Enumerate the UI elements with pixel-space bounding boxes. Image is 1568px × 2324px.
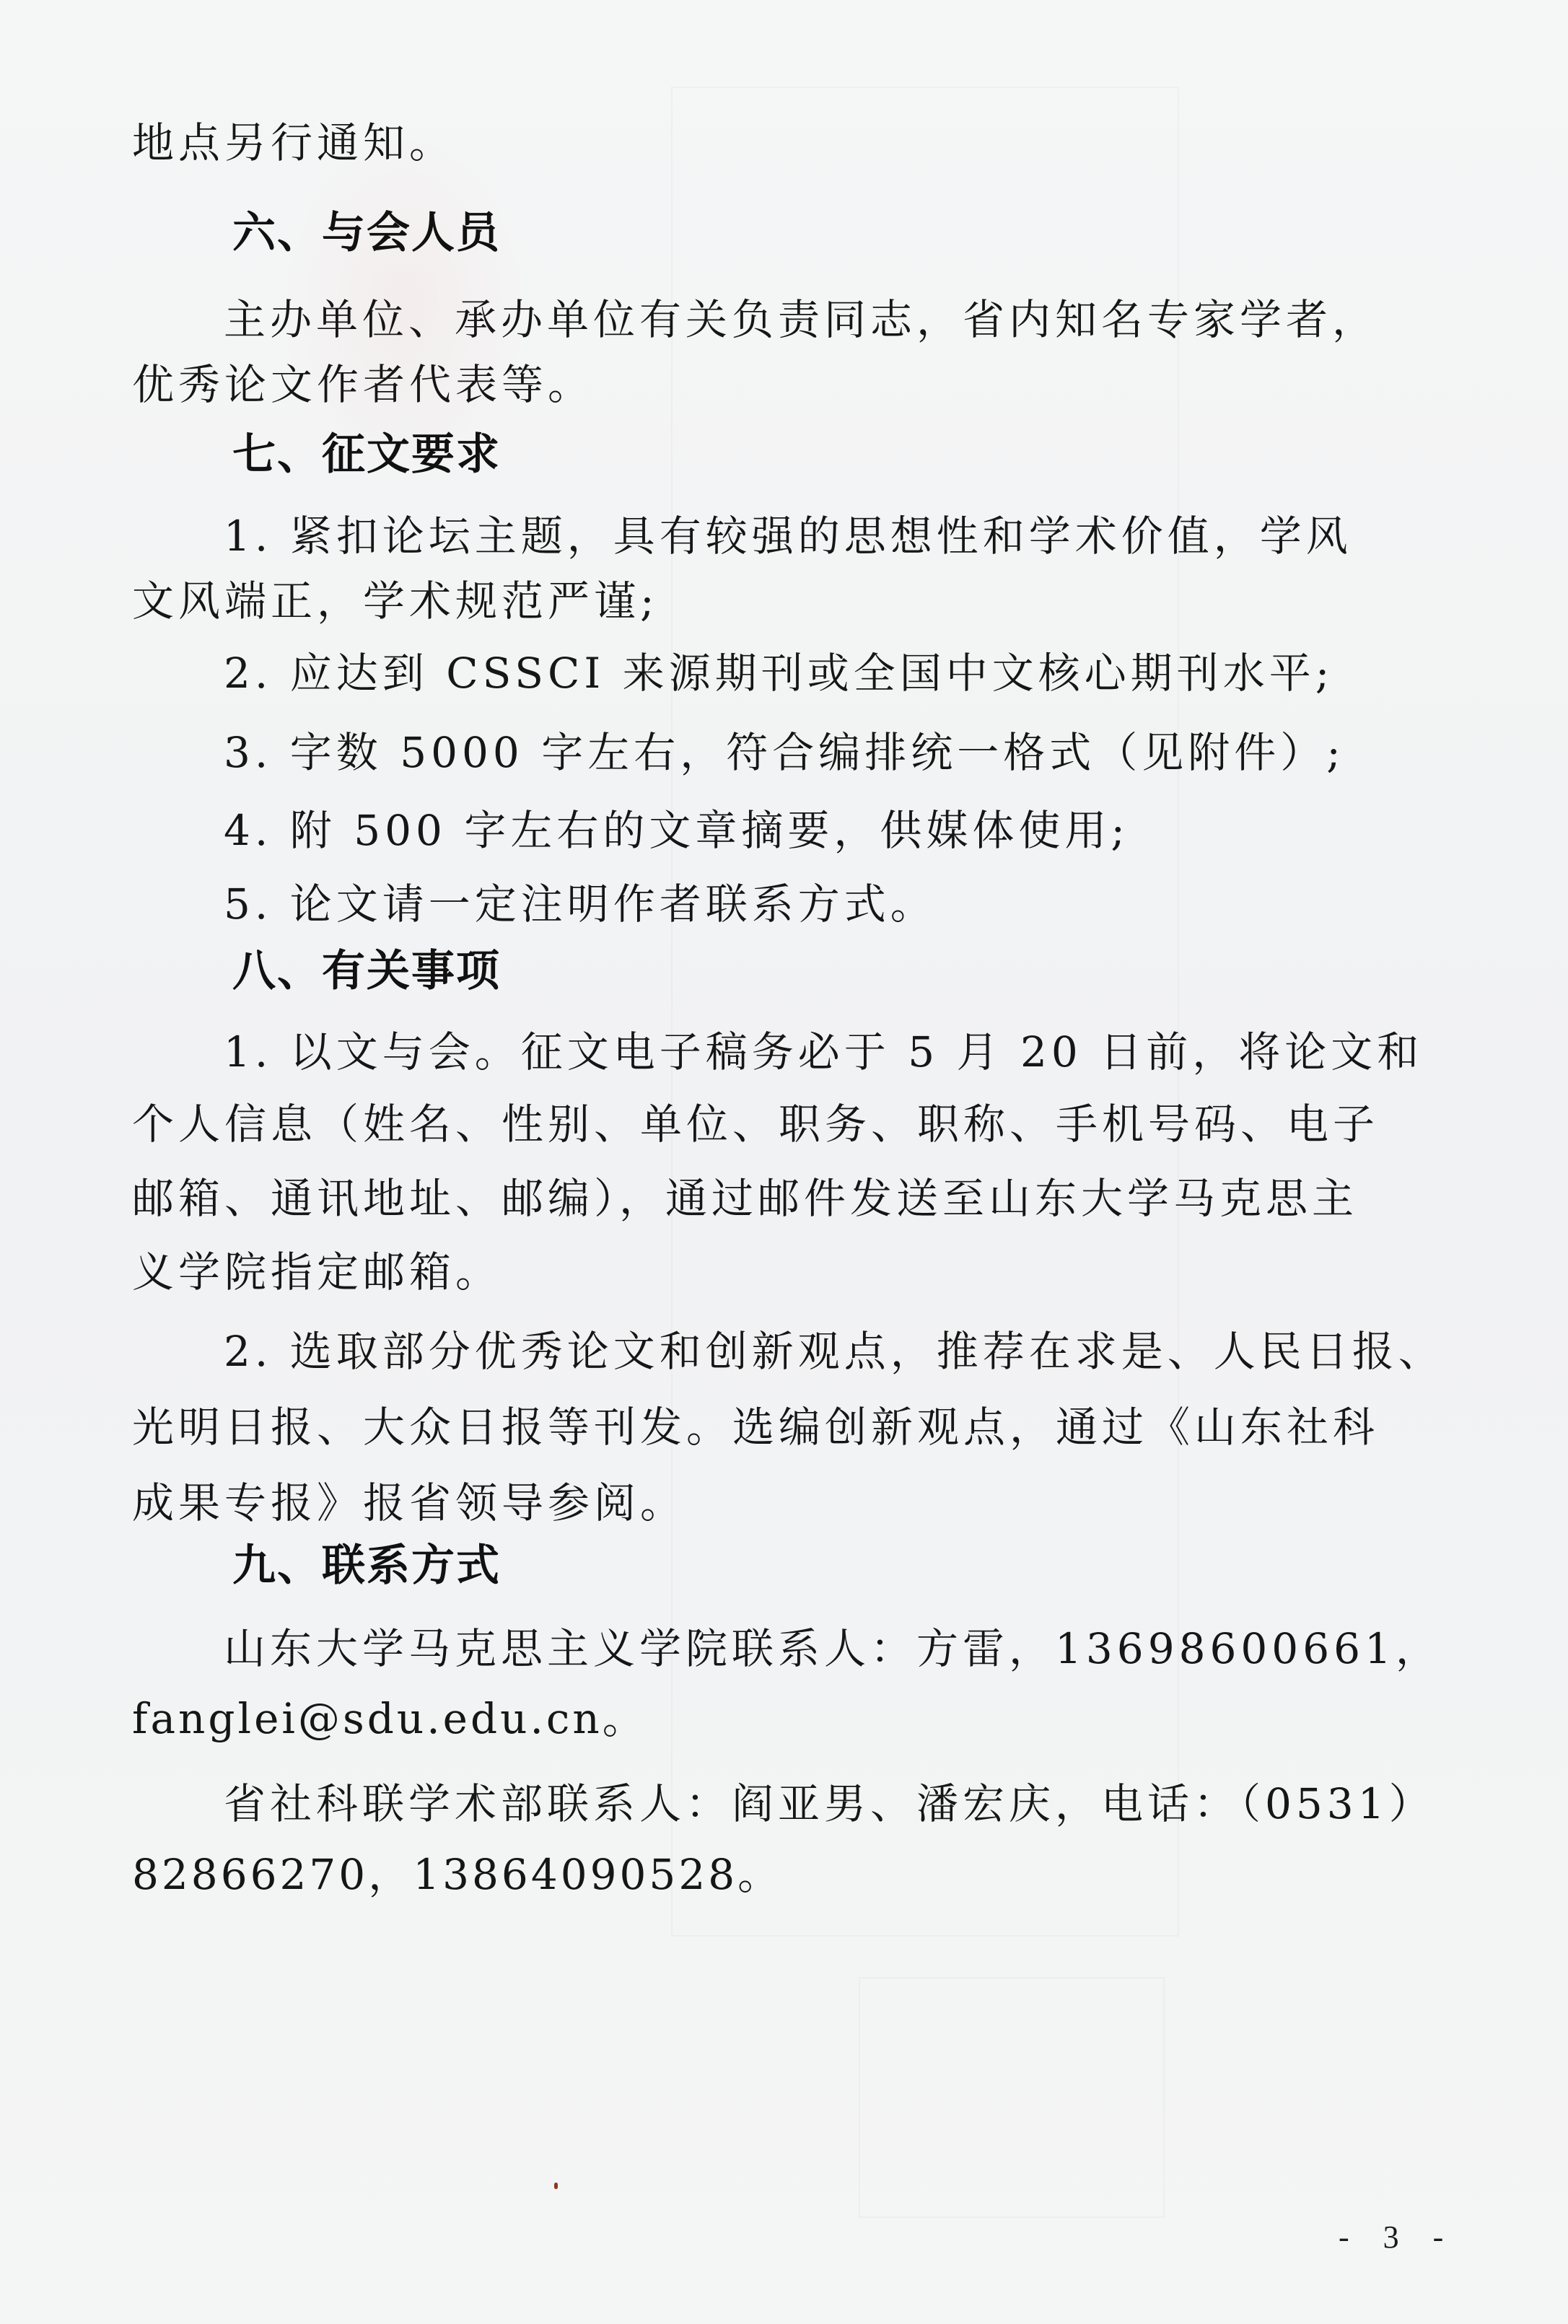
requirement-item-5: 5. 论文请一定注明作者联系方式。 bbox=[224, 875, 937, 933]
matter-item-1: 1. 以文与会。征文电子稿务必于 5 月 20 日前，将论文和 bbox=[224, 1023, 1423, 1081]
requirement-item-3: 3. 字数 5000 字左右，符合编排统一格式（见附件）; bbox=[224, 724, 1345, 781]
section-heading-nine: 九、联系方式 bbox=[232, 1537, 501, 1595]
matter-item-2: 2. 选取部分优秀论文和创新观点，推荐在求是、人民日报、 bbox=[224, 1323, 1445, 1380]
page-number: - 3 - bbox=[1339, 2219, 1456, 2255]
section-heading-six: 六、与会人员 bbox=[232, 204, 501, 262]
requirement-item-1: 1. 紧扣论坛主题，具有较强的思想性和学术价值，学风 bbox=[224, 507, 1352, 565]
requirement-item-4: 4. 附 500 字左右的文章摘要，供媒体使用; bbox=[224, 802, 1129, 859]
section-heading-seven: 七、征文要求 bbox=[232, 426, 501, 483]
body-line: 优秀论文作者代表等。 bbox=[132, 356, 594, 413]
body-line: 个人信息（姓名、性别、单位、职务、职称、手机号码、电子 bbox=[132, 1095, 1379, 1153]
body-line: 邮箱、通讯地址、邮编），通过邮件发送至山东大学马克思主 bbox=[132, 1170, 1358, 1227]
section-heading-eight: 八、有关事项 bbox=[232, 942, 501, 1000]
contact-sdu: 山东大学马克思主义学院联系人：方雷，13698600661， bbox=[224, 1620, 1442, 1678]
body-line: 成果专报》报省领导参阅。 bbox=[132, 1474, 686, 1532]
show-through-frame bbox=[859, 1977, 1165, 2218]
body-line: 光明日报、大众日报等刊发。选编创新观点，通过《山东社科 bbox=[132, 1398, 1379, 1456]
body-line: 文风端正，学术规范严谨; bbox=[132, 572, 659, 630]
body-line: 主办单位、承办单位有关负责同志，省内知名专家学者， bbox=[224, 291, 1378, 348]
requirement-item-2: 2. 应达到 CSSCI 来源期刊或全国中文核心期刊水平; bbox=[224, 644, 1333, 702]
body-line: 义学院指定邮箱。 bbox=[132, 1243, 502, 1301]
contact-skl: 省社科联学术部联系人：阎亚男、潘宏庆，电话：（0531） bbox=[224, 1775, 1435, 1833]
contact-phones: 82866270，13864090528。 bbox=[132, 1846, 782, 1903]
document-page: 地点另行通知。 六、与会人员 主办单位、承办单位有关负责同志，省内知名专家学者，… bbox=[0, 0, 1568, 2324]
ink-speck bbox=[554, 2183, 558, 2189]
body-line: 地点另行通知。 bbox=[132, 114, 455, 172]
contact-email: fanglei@sdu.edu.cn。 bbox=[132, 1690, 647, 1748]
